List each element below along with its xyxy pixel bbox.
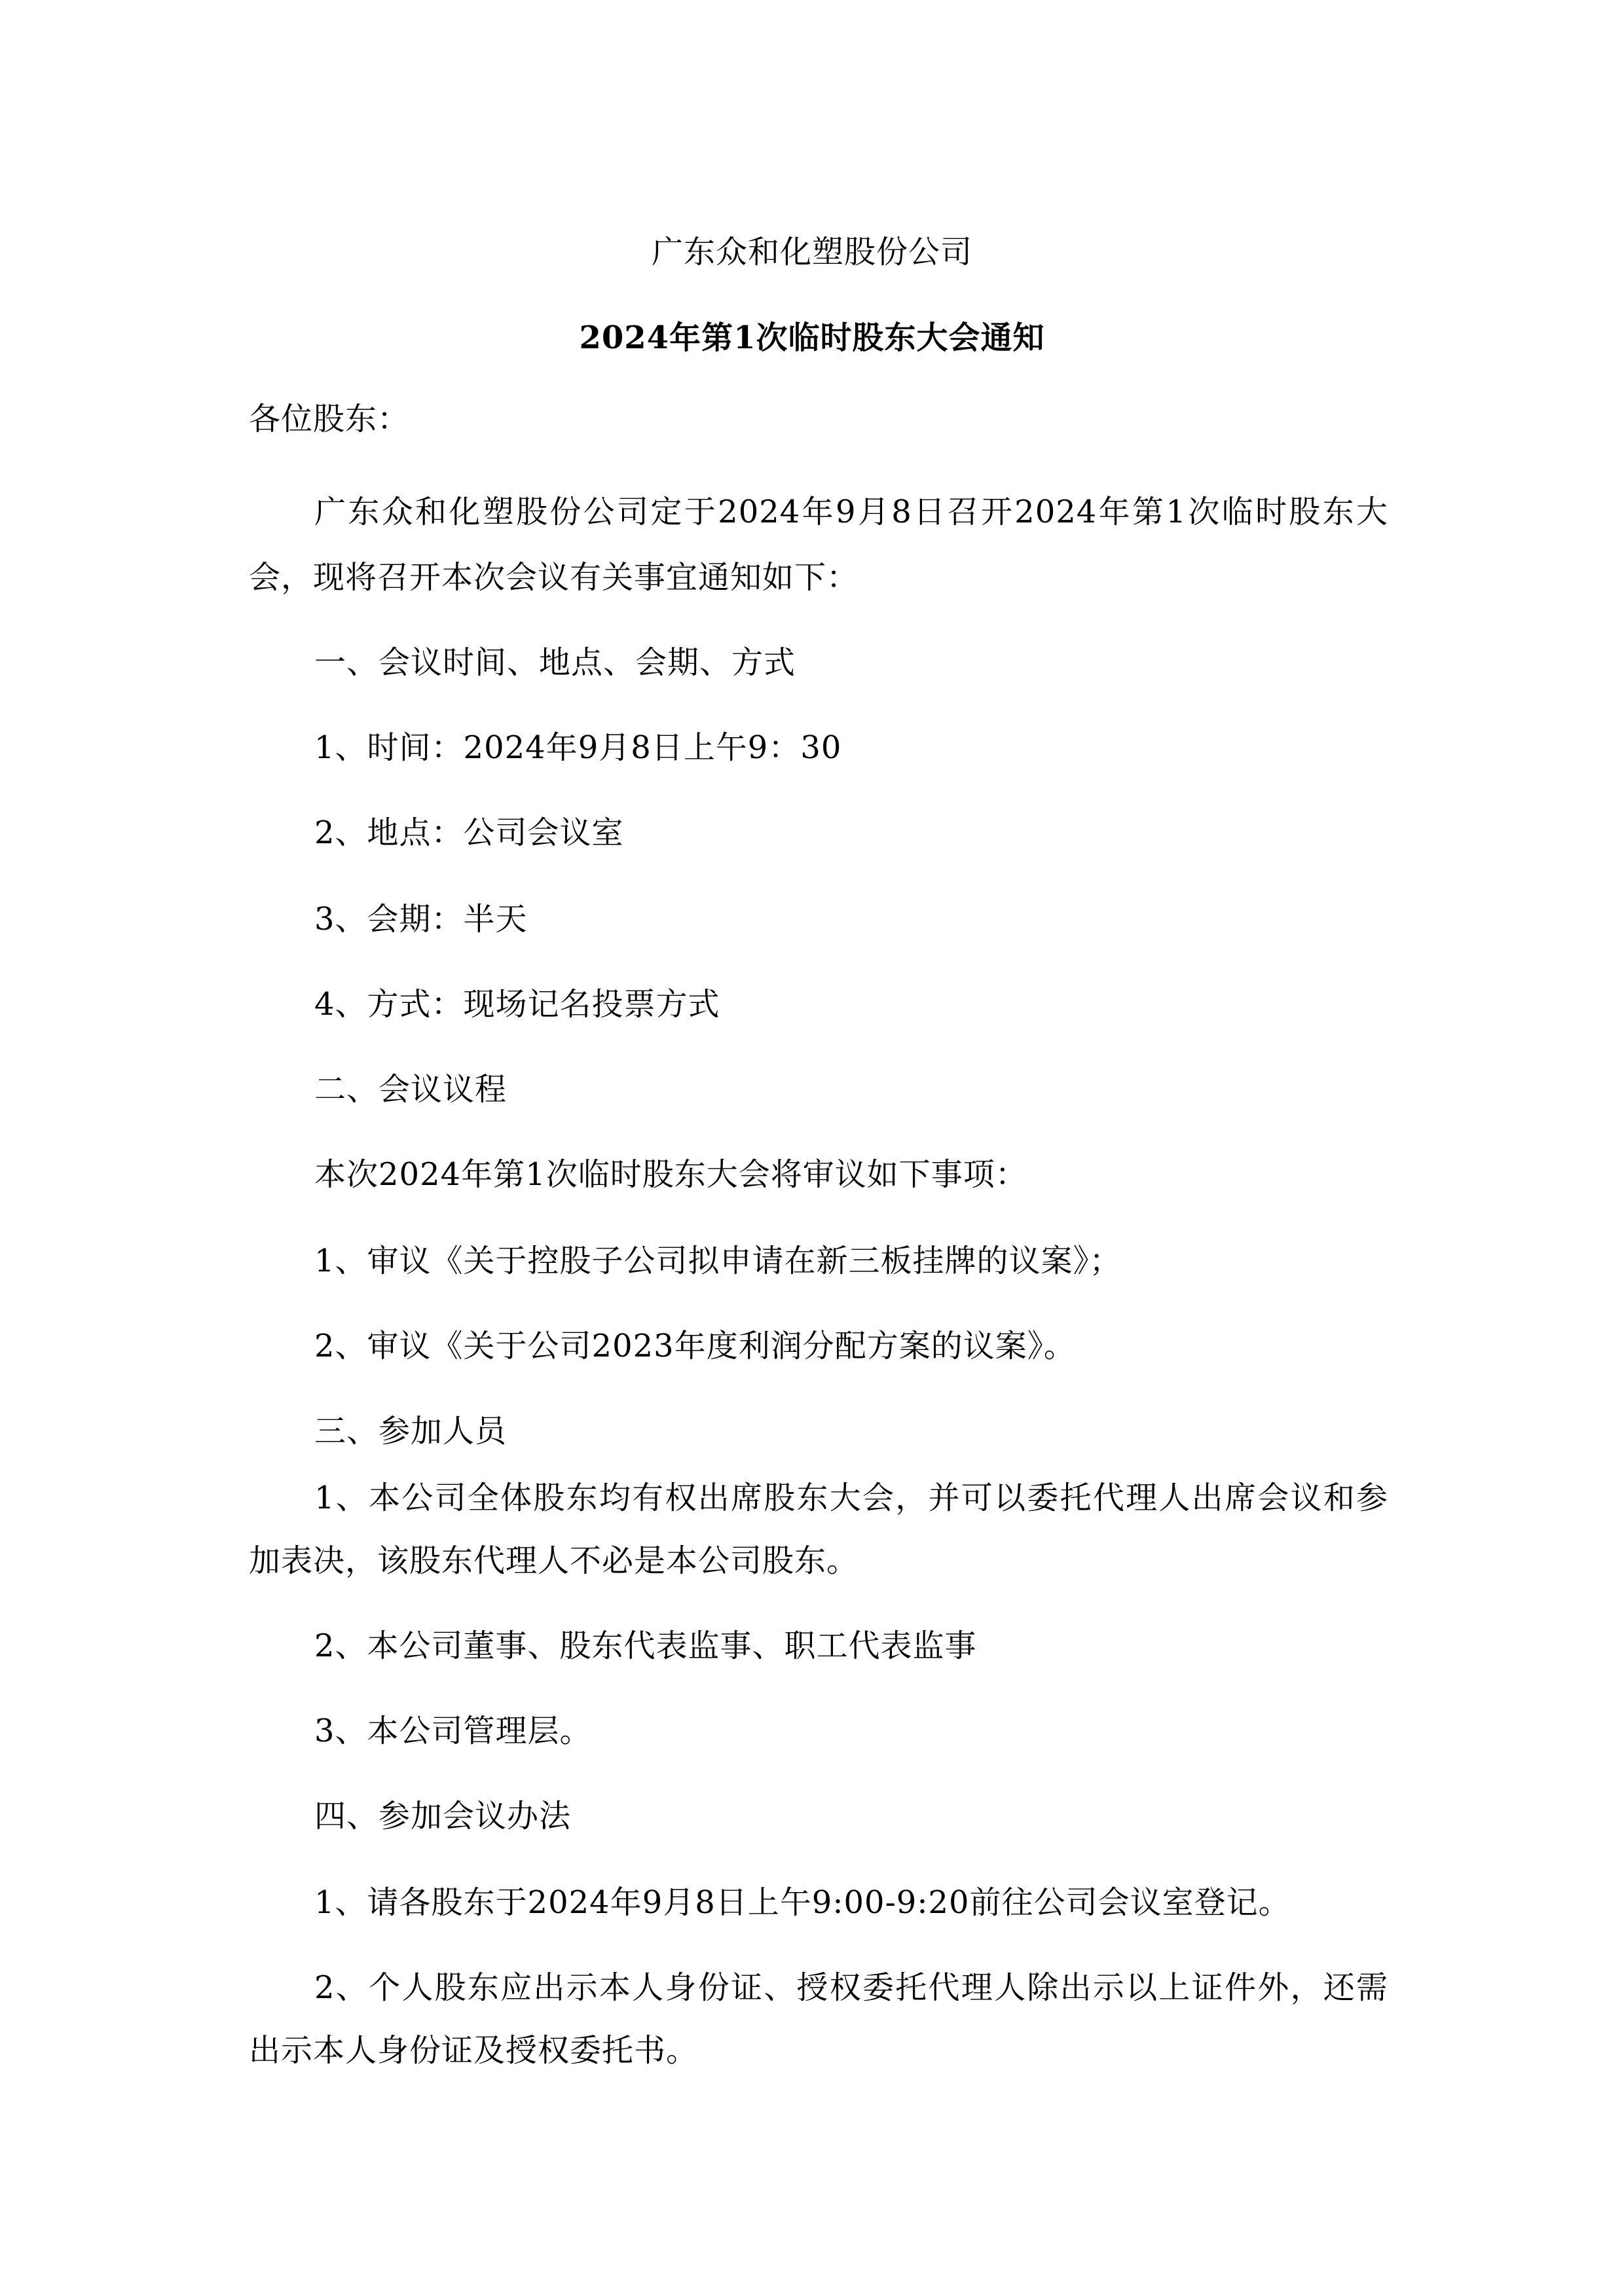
section-3-item-1-line-2: 加表决，该股东代理人不必是本公司股东。 — [249, 1541, 858, 1580]
section-2-item-1: 1、审议《关于控股子公司拟申请在新三板挂牌的议案》； — [314, 1241, 1122, 1281]
section-heading-2: 二、会议议程 — [314, 1070, 507, 1109]
section-3-item-1-line-1: 1、本公司全体股东均有权出席股东大会，并可以委托代理人出席会议和参 — [314, 1478, 1388, 1518]
section-1-item-4: 4、方式：现场记名投票方式 — [314, 985, 720, 1024]
intro-line-1: 广东众和化塑股份公司定于2024年9月8日召开2024年第1次临时股东大 — [314, 492, 1388, 532]
section-1-item-2: 2、地点：公司会议室 — [314, 813, 624, 852]
section-2-lead: 本次2024年第1次临时股东大会将审议如下事项： — [314, 1155, 1027, 1194]
section-4-item-1: 1、请各股东于2024年9月8日上午9:00-9:20前往公司会议室登记。 — [314, 1883, 1291, 1922]
company-title: 广东众和化塑股份公司 — [0, 232, 1624, 272]
section-heading-4: 四、参加会议办法 — [314, 1796, 571, 1836]
section-1-item-3: 3、会期：半天 — [314, 900, 528, 939]
salutation: 各位股东： — [249, 399, 409, 439]
section-3-item-3: 3、本公司管理层。 — [314, 1711, 592, 1751]
section-heading-1: 一、会议时间、地点、会期、方式 — [314, 643, 796, 682]
section-1-item-1: 1、时间：2024年9月8日上午9：30 — [314, 728, 841, 767]
section-4-item-2-line-2: 出示本人身份证及授权委托书。 — [249, 2031, 698, 2070]
section-3-item-2: 2、本公司董事、股东代表监事、职工代表监事 — [314, 1626, 977, 1666]
notice-title: 2024年第1次临时股东大会通知 — [0, 318, 1624, 357]
intro-line-2: 会，现将召开本次会议有关事宜通知如下： — [249, 558, 858, 597]
section-heading-3: 三、参加人员 — [314, 1412, 507, 1451]
document-page: 广东众和化塑股份公司 2024年第1次临时股东大会通知 各位股东： 广东众和化塑… — [0, 0, 1624, 2296]
section-4-item-2-line-1: 2、个人股东应出示本人身份证、授权委托代理人除出示以上证件外，还需 — [314, 1968, 1388, 2007]
section-2-item-2: 2、审议《关于公司2023年度利润分配方案的议案》。 — [314, 1326, 1076, 1366]
